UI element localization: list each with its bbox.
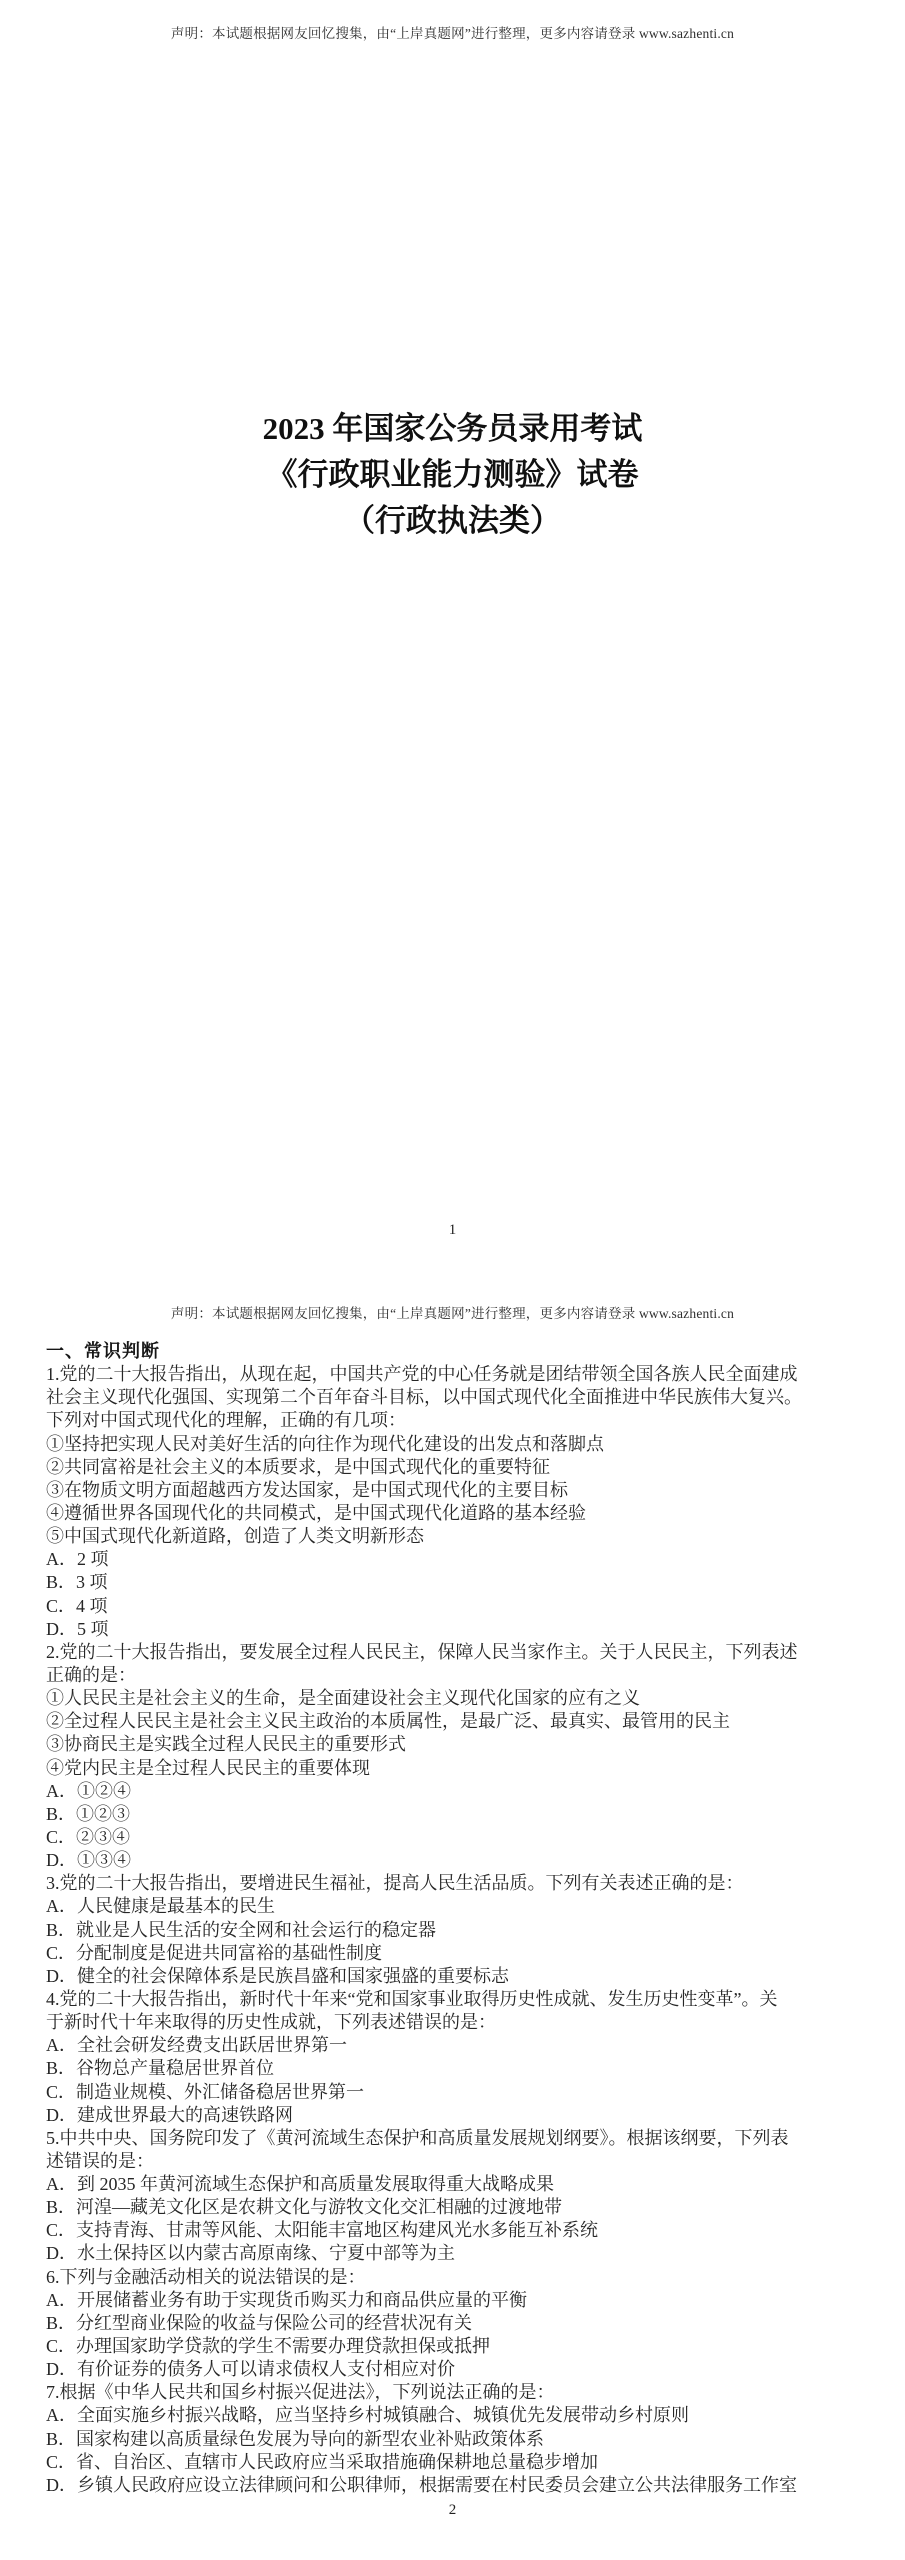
question-4-option: D．建成世界最大的高速铁路网	[46, 2104, 865, 2127]
questions-container: 一、常识判断 1.党的二十大报告指出，从现在起，中国共产党的中心任务就是团结带领…	[46, 1340, 865, 2497]
question-6-option: B．分红型商业保险的收益与保险公司的经营状况有关	[46, 2312, 865, 2335]
question-5-option: C．支持青海、甘肃等风能、太阳能丰富地区构建风光水多能互补系统	[46, 2219, 865, 2242]
disclaimer-text: 声明：本试题根据网友回忆搜集，由“上岸真题网”进行整理，更多内容请登录 www.…	[0, 22, 905, 42]
page-1: 声明：本试题根据网友回忆搜集，由“上岸真题网”进行整理，更多内容请登录 www.…	[0, 0, 905, 1280]
question-1-option: C．4 项	[46, 1595, 865, 1618]
title-line-3: （行政执法类）	[0, 498, 905, 544]
question-5-stem-line: 5.中共中央、国务院印发了《黄河流域生态保护和高质量发展规划纲要》。根据该纲要，…	[46, 2127, 865, 2150]
section-heading: 一、常识判断	[46, 1340, 865, 1363]
question-1-stem-line: ②共同富裕是社会主义的本质要求，是中国式现代化的重要特征	[46, 1456, 865, 1479]
question-1-option: D．5 项	[46, 1618, 865, 1641]
page-number-2: 2	[0, 2502, 905, 2519]
question-3-option: A．人民健康是最基本的民生	[46, 1895, 865, 1918]
question-3-option: C．分配制度是促进共同富裕的基础性制度	[46, 1942, 865, 1965]
question-6-option: D．有价证券的债务人可以请求债权人支付相应对价	[46, 2358, 865, 2381]
question-1-stem-line: ③在物质文明方面超越西方发达国家，是中国式现代化的主要目标	[46, 1479, 865, 1502]
question-2-option: A．①②④	[46, 1780, 865, 1803]
page-number-1: 1	[0, 1222, 905, 1239]
question-7-option: B．国家构建以高质量绿色发展为导向的新型农业补贴政策体系	[46, 2428, 865, 2451]
question-5-option: A．到 2035 年黄河流域生态保护和高质量发展取得重大战略成果	[46, 2173, 865, 2196]
question-6-option: C．办理国家助学贷款的学生不需要办理贷款担保或抵押	[46, 2335, 865, 2358]
question-1-stem-line: ⑤中国式现代化新道路，创造了人类文明新形态	[46, 1525, 865, 1548]
question-2-stem-line: 2.党的二十大报告指出，要发展全过程人民民主，保障人民当家作主。关于人民民主，下…	[46, 1641, 865, 1664]
question-6-option: A．开展储蓄业务有助于实现货币购买力和商品供应量的平衡	[46, 2289, 865, 2312]
question-3-stem-line: 3.党的二十大报告指出，要增进民生福祉，提高人民生活品质。下列有关表述正确的是：	[46, 1872, 865, 1895]
question-4-option: B．谷物总产量稳居世界首位	[46, 2057, 865, 2080]
question-2-stem-line: ①人民民主是社会主义的生命，是全面建设社会主义现代化国家的应有之义	[46, 1687, 865, 1710]
disclaimer-text: 声明：本试题根据网友回忆搜集，由“上岸真题网”进行整理，更多内容请登录 www.…	[0, 1302, 905, 1322]
question-4-stem-line: 4.党的二十大报告指出，新时代十年来“党和国家事业取得历史性成就、发生历史性变革…	[46, 1988, 865, 2011]
question-1-option: B．3 项	[46, 1571, 865, 1594]
question-2-option: C．②③④	[46, 1826, 865, 1849]
question-3-option: D．健全的社会保障体系是民族昌盛和国家强盛的重要标志	[46, 1965, 865, 1988]
question-1-option: A．2 项	[46, 1548, 865, 1571]
question-2-stem-line: ②全过程人民民主是社会主义民主政治的本质属性，是最广泛、最真实、最管用的民主	[46, 1710, 865, 1733]
question-1-stem-line: 1.党的二十大报告指出，从现在起，中国共产党的中心任务就是团结带领全国各族人民全…	[46, 1363, 865, 1386]
question-1-stem-line: 下列对中国式现代化的理解，正确的有几项：	[46, 1409, 865, 1432]
question-4-option: C．制造业规模、外汇储备稳居世界第一	[46, 2081, 865, 2104]
question-5-stem-line: 述错误的是：	[46, 2150, 865, 2173]
question-5-option: B．河湟—藏羌文化区是农耕文化与游牧文化交汇相融的过渡地带	[46, 2196, 865, 2219]
question-5-option: D．水土保持区以内蒙古高原南缘、宁夏中部等为主	[46, 2242, 865, 2265]
question-2-stem-line: ③协商民主是实践全过程人民民主的重要形式	[46, 1733, 865, 1756]
question-1-stem-line: 社会主义现代化强国、实现第二个百年奋斗目标，以中国式现代化全面推进中华民族伟大复…	[46, 1386, 865, 1409]
question-3-option: B．就业是人民生活的安全网和社会运行的稳定器	[46, 1919, 865, 1942]
question-7-option: A．全面实施乡村振兴战略，应当坚持乡村城镇融合、城镇优先发展带动乡村原则	[46, 2404, 865, 2427]
question-4-stem-line: 于新时代十年来取得的历史性成就，下列表述错误的是：	[46, 2011, 865, 2034]
exam-document: 声明：本试题根据网友回忆搜集，由“上岸真题网”进行整理，更多内容请登录 www.…	[0, 0, 905, 2560]
question-6-stem-line: 6.下列与金融活动相关的说法错误的是：	[46, 2266, 865, 2289]
question-2-option: B．①②③	[46, 1803, 865, 1826]
question-2-option: D．①③④	[46, 1849, 865, 1872]
question-7-option: D．乡镇人民政府应设立法律顾问和公职律师，根据需要在村民委员会建立公共法律服务工…	[46, 2474, 865, 2497]
question-1-stem-line: ①坚持把实现人民对美好生活的向往作为现代化建设的出发点和落脚点	[46, 1433, 865, 1456]
question-2-stem-line: ④党内民主是全过程人民民主的重要体现	[46, 1757, 865, 1780]
question-7-stem-line: 7.根据《中华人民共和国乡村振兴促进法》，下列说法正确的是：	[46, 2381, 865, 2404]
question-4-option: A．全社会研发经费支出跃居世界第一	[46, 2034, 865, 2057]
question-7-option: C．省、自治区、直辖市人民政府应当采取措施确保耕地总量稳步增加	[46, 2451, 865, 2474]
title-line-2: 《行政职业能力测验》试卷	[0, 452, 905, 498]
title-line-1: 2023 年国家公务员录用考试	[0, 406, 905, 452]
question-1-stem-line: ④遵循世界各国现代化的共同模式，是中国式现代化道路的基本经验	[46, 1502, 865, 1525]
question-2-stem-line: 正确的是：	[46, 1664, 865, 1687]
exam-title: 2023 年国家公务员录用考试 《行政职业能力测验》试卷 （行政执法类）	[0, 406, 905, 544]
page-2: 声明：本试题根据网友回忆搜集，由“上岸真题网”进行整理，更多内容请登录 www.…	[0, 1280, 905, 2560]
